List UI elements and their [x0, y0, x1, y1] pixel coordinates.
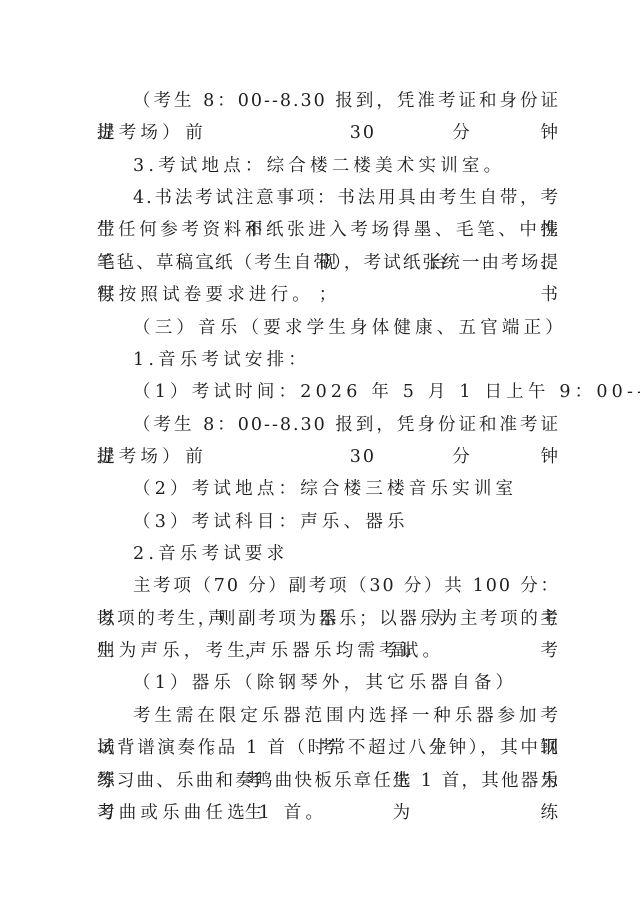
- paragraph-line: （考生 8：00--8.30 报到，凭准考证和身份证提前 30 分钟: [97, 85, 560, 117]
- subheading-instrumental: （1）器乐（除钢琴外，其它乐器自备）: [97, 667, 560, 699]
- exam-location-line: （2）考试地点：综合楼三楼音乐实训室: [97, 473, 560, 505]
- paragraph-line: 场背谱演奏作品 1 首（时常不超过八分钟），其中钢琴考生为: [97, 732, 560, 764]
- paragraph-line: 练习曲、乐曲和奏鸣曲快板乐章任选 1 首，其他器乐考生为练: [97, 765, 560, 797]
- document-page: （考生 8：00--8.30 报到，凭准考证和身份证提前 30 分钟 进考场） …: [0, 0, 640, 906]
- paragraph-line: 带任何参考资料和纸张进入考场；墨、毛笔、中性笔、砚台、: [97, 214, 560, 246]
- scoring-line: 主考项（70 分）副考项（30 分）共 100 分：以声乐为主: [97, 570, 560, 602]
- exam-subjects-line: （3）考试科目：声乐、器乐: [97, 506, 560, 538]
- paragraph-line: 毛毡、草稿宣纸（考生自带），考试纸张统一由考场提供；书: [97, 247, 560, 279]
- document-body: （考生 8：00--8.30 报到，凭准考证和身份证提前 30 分钟 进考场） …: [97, 85, 560, 829]
- paragraph-line: （考生 8：00--8.30 报到，凭身份证和准考证提前 30 分钟: [97, 409, 560, 441]
- exam-time-line: （1）考试时间：2026 年 5 月 1 日上午 9：00--12:00: [97, 376, 560, 408]
- paragraph-line: 考生需在限定乐器范围内选择一种乐器参加考试。考生现: [97, 700, 560, 732]
- calligraphy-notice-line: 4.书法考试注意事项：书法用具由考生自带，考生不得携: [97, 182, 560, 214]
- subheading-music-requirements: 2.音乐考试要求: [97, 538, 560, 570]
- subheading-music-schedule: 1.音乐考试安排：: [97, 344, 560, 376]
- paragraph-line: 考项的考生，则副考项为器乐；以器乐为主考项的考生，副考: [97, 603, 560, 635]
- exam-location-line: 3.考试地点：综合楼二楼美术实训室。: [97, 150, 560, 182]
- section-heading-music: （三）音乐（要求学生身体健康、五官端正）: [97, 312, 560, 344]
